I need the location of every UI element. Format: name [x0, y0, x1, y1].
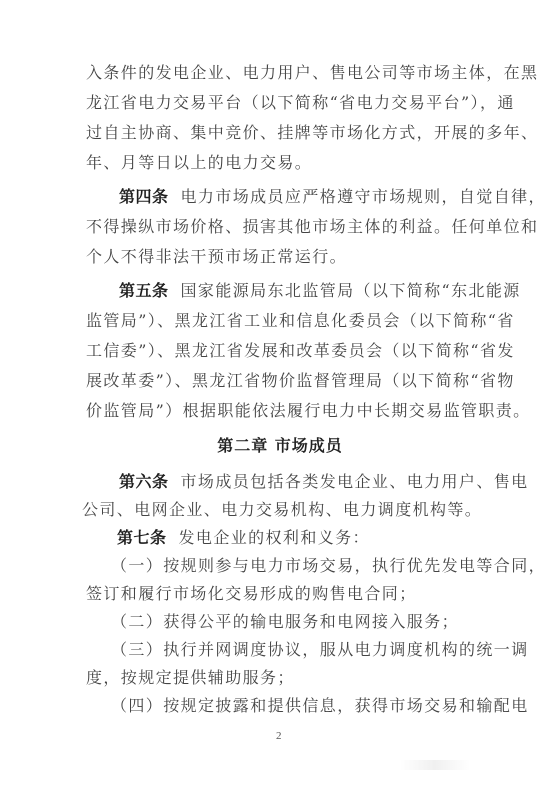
article-label: 第七条 — [117, 528, 167, 547]
paragraph-line: 不得操纵市场价格、损害其他市场主体的利益。任何单位和 — [86, 216, 476, 238]
article-text: 电力市场成员应严格遵守市场规则，自觉自律， — [181, 187, 546, 206]
list-item-4: （四）按规定披露和提供信息，获得市场交易和输配电 — [111, 695, 476, 717]
paragraph-line: 价监管局”）根据职能依法履行电力中长期交易监管职责。 — [86, 400, 476, 422]
article-label: 第六条 — [119, 472, 169, 491]
article-5-first-line: 第五条国家能源局东北监管局（以下简称“东北能源 — [119, 280, 476, 302]
faint-watermark — [400, 760, 470, 770]
paragraph-line: 过自主协商、集中竞价、挂牌等市场化方式，开展的多年、 — [86, 122, 476, 144]
paragraph-line: 个人不得非法干预市场正常运行。 — [86, 246, 476, 268]
chapter-heading: 第二章 市场成员 — [0, 435, 560, 457]
paragraph-line: 公司、电网企业、电力交易机构、电力调度机构等。 — [82, 499, 472, 521]
paragraph-line: 工信委”）、黑龙江省发展和改革委员会（以下简称“省发 — [86, 340, 476, 362]
article-6-first-line: 第六条市场成员包括各类发电企业、电力用户、售电 — [119, 471, 476, 493]
paragraph-line: 入条件的发电企业、电力用户、售电公司等市场主体，在黑 — [86, 62, 476, 84]
article-label: 第五条 — [119, 281, 169, 300]
page-number: 2 — [276, 730, 282, 742]
paragraph-line: 监管局”）、黑龙江省工业和信息化委员会（以下简称“省 — [86, 310, 476, 332]
list-item-2: （二）获得公平的输电服务和电网接入服务； — [111, 611, 468, 633]
article-4-first-line: 第四条电力市场成员应严格遵守市场规则，自觉自律， — [119, 186, 476, 208]
article-text: 市场成员包括各类发电企业、电力用户、售电 — [181, 472, 529, 491]
document-page: 入条件的发电企业、电力用户、售电公司等市场主体，在黑 龙江省电力交易平台（以下简… — [0, 0, 560, 791]
paragraph-line: 展改革委”）、黑龙江省物价监督管理局（以下简称“省物 — [86, 370, 476, 392]
list-item-3: （三）执行并网调度协议，服从电力调度机构的统一调 — [111, 639, 476, 661]
list-item-1: （一）按规则参与电力市场交易，执行优先发电等合同， — [111, 555, 476, 577]
list-item-3-cont: 度，按规定提供辅助服务； — [86, 667, 476, 689]
paragraph-line: 年、月等日以上的电力交易。 — [86, 152, 476, 174]
article-7-first-line: 第七条发电企业的权利和义务： — [117, 527, 474, 549]
article-text: 国家能源局东北监管局（以下简称“东北能源 — [181, 281, 521, 300]
paragraph-line: 龙江省电力交易平台（以下简称“省电力交易平台”），通 — [86, 92, 476, 114]
article-label: 第四条 — [119, 187, 169, 206]
article-text: 发电企业的权利和义务： — [179, 528, 370, 547]
list-item-1-cont: 签订和履行市场化交易形成的购售电合同； — [86, 583, 476, 605]
